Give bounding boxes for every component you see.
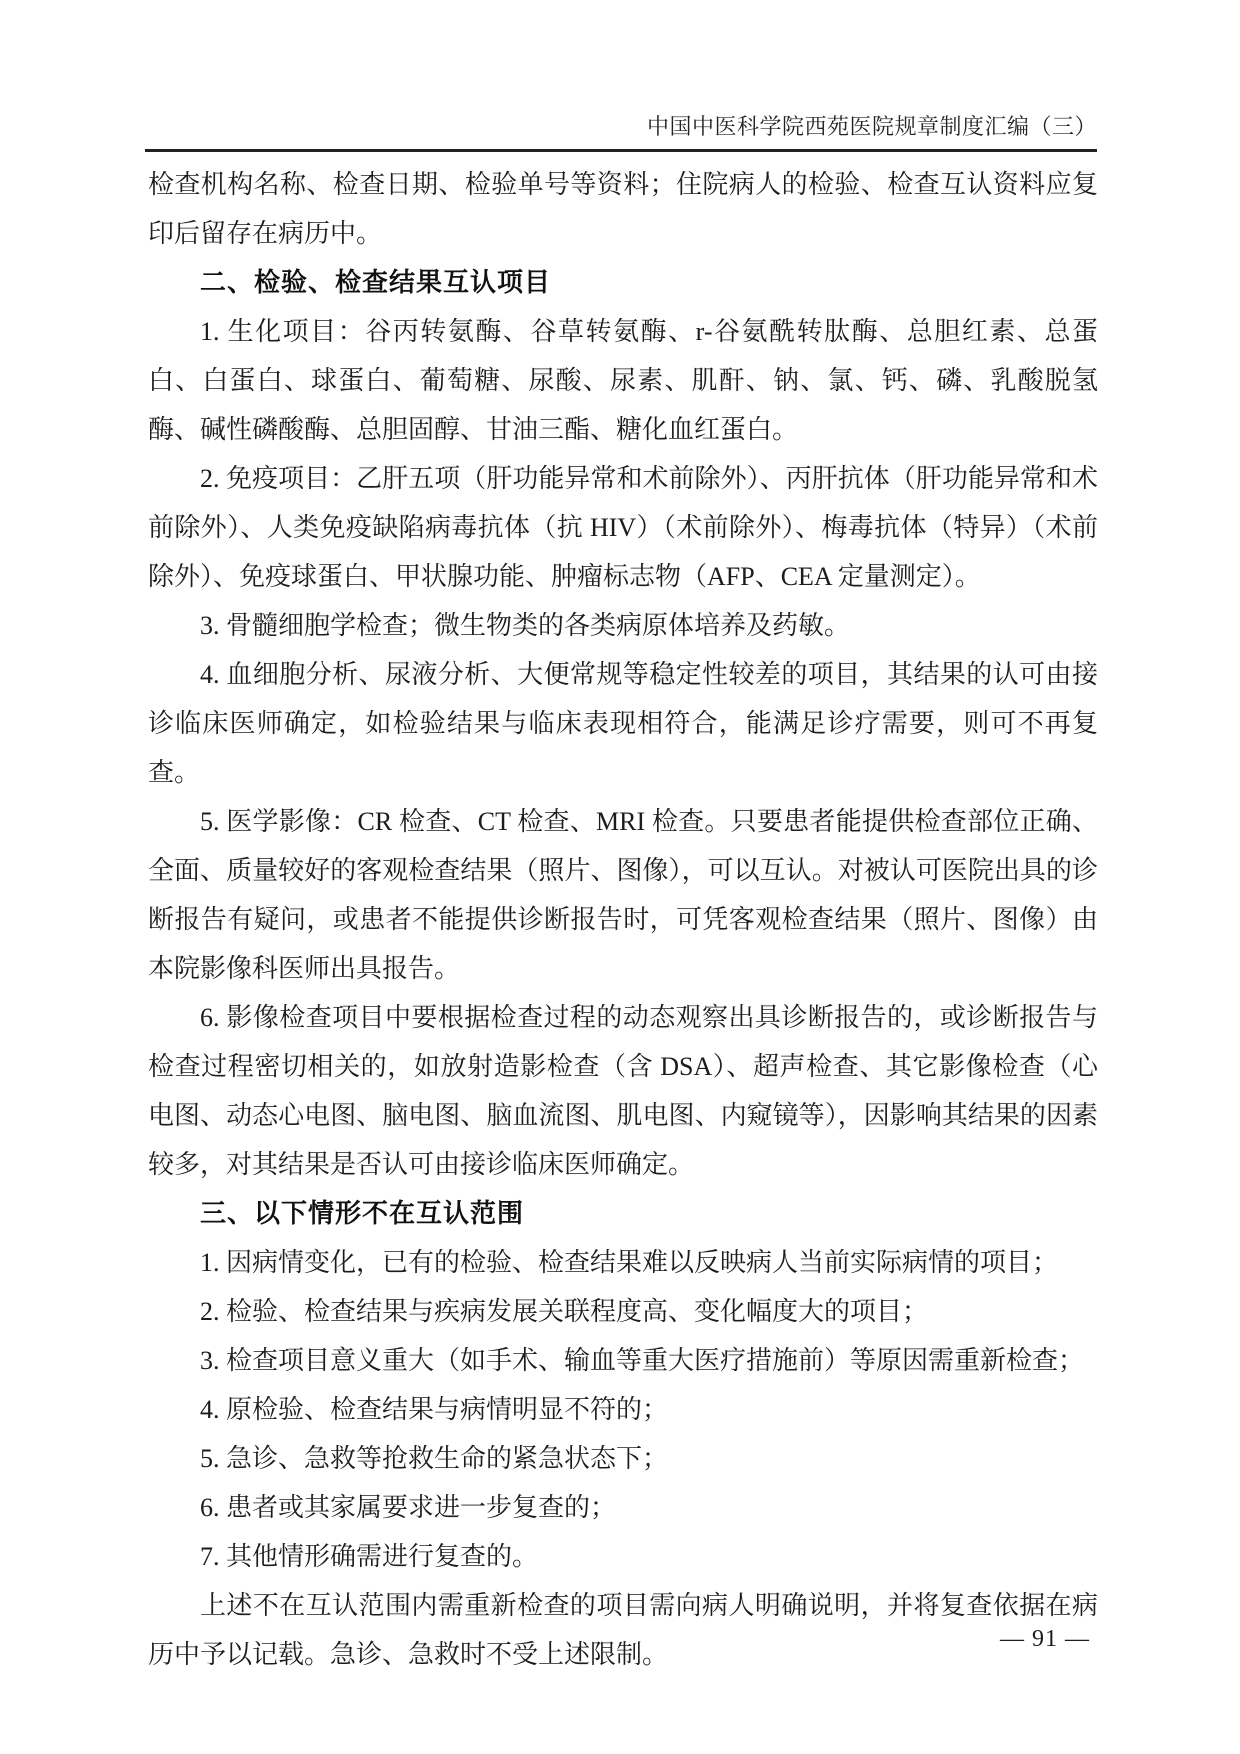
paragraph-exclusion-6: 6. 患者或其家属要求进一步复查的； xyxy=(148,1483,1098,1532)
paragraph-exclusion-7: 7. 其他情形确需进行复查的。 xyxy=(148,1532,1098,1581)
page-number: — 91 — xyxy=(1000,1624,1090,1654)
paragraph-exclusion-2: 2. 检验、检查结果与疾病发展关联程度高、变化幅度大的项目； xyxy=(148,1287,1098,1336)
paragraph-biochem-items: 1. 生化项目：谷丙转氨酶、谷草转氨酶、r-谷氨酰转肽酶、总胆红素、总蛋白、白蛋… xyxy=(148,307,1098,454)
paragraph-exclusion-4: 4. 原检验、检查结果与病情明显不符的； xyxy=(148,1385,1098,1434)
paragraph-imaging-dynamic: 6. 影像检查项目中要根据检查过程的动态观察出具诊断报告的，或诊断报告与检查过程… xyxy=(148,993,1098,1189)
document-body: 检查机构名称、检查日期、检验单号等资料；住院病人的检验、检查互认资料应复印后留存… xyxy=(148,160,1098,1679)
document-page: 中国中医科学院西苑医院规章制度汇编（三） 检查机构名称、检查日期、检验单号等资料… xyxy=(0,0,1240,1754)
paragraph-exclusion-3: 3. 检查项目意义重大（如手术、输血等重大医疗措施前）等原因需重新检查； xyxy=(148,1336,1098,1385)
paragraph-continuation: 检查机构名称、检查日期、检验单号等资料；住院病人的检验、检查互认资料应复印后留存… xyxy=(148,160,1098,258)
section-heading-3: 三、以下情形不在互认范围 xyxy=(148,1189,1098,1238)
paragraph-blood-urine-stool: 4. 血细胞分析、尿液分析、大便常规等稳定性较差的项目，其结果的认可由接诊临床医… xyxy=(148,650,1098,797)
paragraph-exclusion-1: 1. 因病情变化，已有的检验、检查结果难以反映病人当前实际病情的项目； xyxy=(148,1238,1098,1287)
section-heading-2: 二、检验、检查结果互认项目 xyxy=(148,258,1098,307)
header-rule-divider xyxy=(145,149,1097,152)
paragraph-exclusion-5: 5. 急诊、急救等抢救生命的紧急状态下； xyxy=(148,1434,1098,1483)
paragraph-marrow-micro: 3. 骨髓细胞学检查；微生物类的各类病原体培养及药敏。 xyxy=(148,601,1098,650)
paragraph-closing-note: 上述不在互认范围内需重新检查的项目需向病人明确说明，并将复查依据在病历中予以记载… xyxy=(148,1581,1098,1679)
paragraph-medical-imaging: 5. 医学影像：CR 检查、CT 检查、MRI 检查。只要患者能提供检查部位正确… xyxy=(148,797,1098,993)
running-header-title: 中国中医科学院西苑医院规章制度汇编（三） xyxy=(145,112,1097,142)
paragraph-immunology-items: 2. 免疫项目：乙肝五项（肝功能异常和术前除外）、丙肝抗体（肝功能异常和术前除外… xyxy=(148,454,1098,601)
